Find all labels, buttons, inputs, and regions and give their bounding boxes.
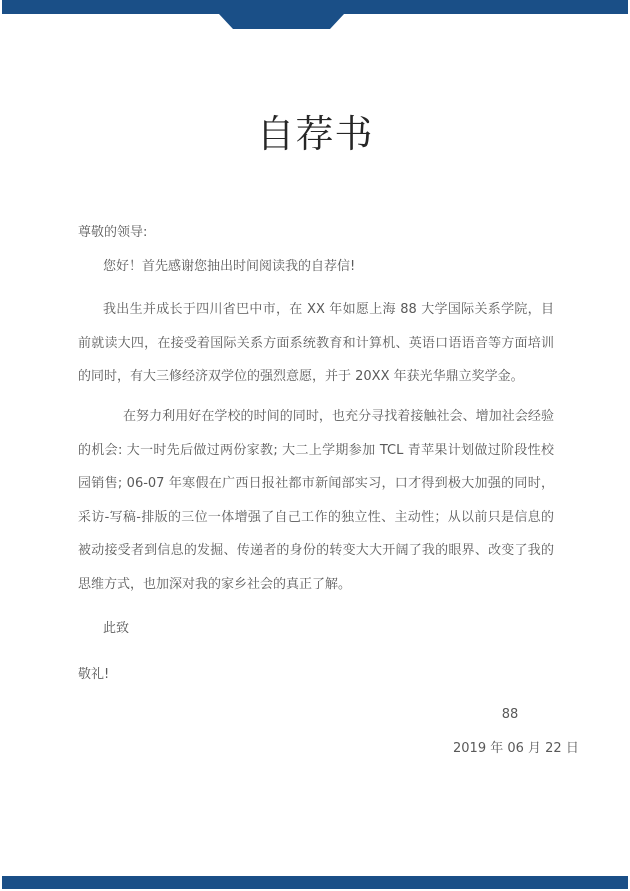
- closing-cizhi: 此致: [78, 612, 554, 646]
- top-banner-shape: [0, 0, 630, 32]
- salutation: 尊敬的领导:: [78, 216, 554, 250]
- page-title: 自荐书: [0, 103, 630, 158]
- signature-block: 88 2019 年 06 月 22 日: [453, 698, 567, 765]
- letter-body: 尊敬的领导: 您好！首先感谢您抽出时间阅读我的自荐信! 我出生并成长于四川省巴中…: [78, 216, 554, 692]
- paragraph-education: 我出生并成长于四川省巴中市，在 XX 年如愿上海 88 大学国际关系学院，目前就…: [78, 293, 554, 394]
- signature-date: 2019 年 06 月 22 日: [453, 732, 567, 766]
- signature-name: 88: [453, 698, 567, 732]
- letter-page: 自荐书 尊敬的领导: 您好！首先感谢您抽出时间阅读我的自荐信! 我出生并成长于四…: [0, 0, 630, 891]
- closing-jingli: 敬礼!: [78, 658, 554, 692]
- greeting-line: 您好！首先感谢您抽出时间阅读我的自荐信!: [78, 250, 554, 284]
- paragraph-experience: 在努力利用好在学校的时间的同时，也充分寻找着接触社会、增加社会经验的机会: 大一…: [78, 400, 554, 601]
- bottom-banner: [2, 876, 628, 889]
